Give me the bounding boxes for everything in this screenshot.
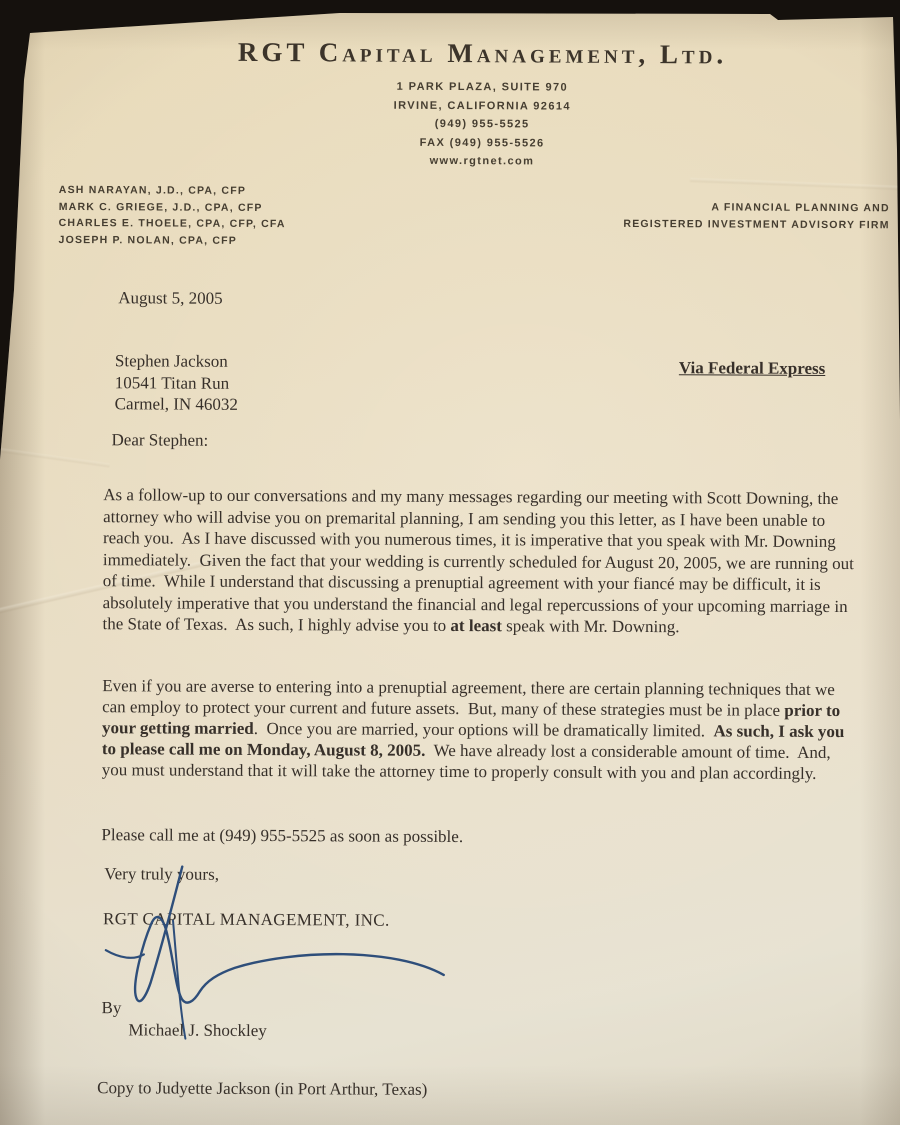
letterhead: RGT Capital Management, Ltd. 1 PARK PLAZ… — [172, 37, 793, 173]
signer-name: Michael J. Shockley — [128, 1020, 266, 1041]
firm-description-line-1: A FINANCIAL PLANNING AND — [623, 199, 889, 217]
recipient-name: Stephen Jackson — [115, 350, 238, 372]
cc-line: Copy to Judyette Jackson (in Port Arthur… — [97, 1078, 427, 1100]
handwritten-signature — [89, 854, 460, 1046]
recipient-street: 10541 Titan Run — [115, 372, 238, 394]
letter-content: RGT Capital Management, Ltd. 1 PARK PLAZ… — [0, 0, 900, 1125]
body-paragraph-1: As a follow-up to our conversations and … — [102, 484, 856, 638]
partner-name: MARK C. GRIEGE, J.D., CPA, CFP — [59, 199, 286, 217]
by-label: By — [101, 998, 121, 1018]
partner-names-block: ASH NARAYAN, J.D., CPA, CFP MARK C. GRIE… — [59, 182, 286, 250]
salutation: Dear Stephen: — [111, 430, 208, 451]
partner-name: CHARLES E. THOELE, CPA, CFP, CFA — [59, 215, 286, 233]
letter-paper: RGT Capital Management, Ltd. 1 PARK PLAZ… — [0, 0, 900, 1125]
company-address-block: 1 PARK PLAZA, SUITE 970 IRVINE, CALIFORN… — [172, 77, 792, 173]
photo-background: RGT Capital Management, Ltd. 1 PARK PLAZ… — [0, 0, 900, 1125]
delivery-method: Via Federal Express — [679, 358, 825, 379]
body-paragraph-2: Even if you are averse to entering into … — [102, 675, 856, 784]
website-line: www.rgtnet.com — [172, 151, 792, 173]
partner-name: ASH NARAYAN, J.D., CPA, CFP — [59, 182, 286, 200]
recipient-address-block: Stephen Jackson 10541 Titan Run Carmel, … — [115, 350, 239, 415]
firm-description: A FINANCIAL PLANNING AND REGISTERED INVE… — [623, 199, 889, 233]
body-paragraph-3: Please call me at (949) 955-5525 as soon… — [101, 824, 854, 849]
partner-name: JOSEPH P. NOLAN, CPA, CFP — [59, 232, 286, 250]
recipient-city-state-zip: Carmel, IN 46032 — [115, 393, 238, 415]
letter-date: August 5, 2005 — [118, 288, 222, 309]
company-name: RGT Capital Management, Ltd. — [172, 37, 792, 71]
signature-stroke — [135, 866, 444, 1004]
signature-stroke — [106, 950, 144, 958]
firm-description-line-2: REGISTERED INVESTMENT ADVISORY FIRM — [623, 215, 889, 233]
